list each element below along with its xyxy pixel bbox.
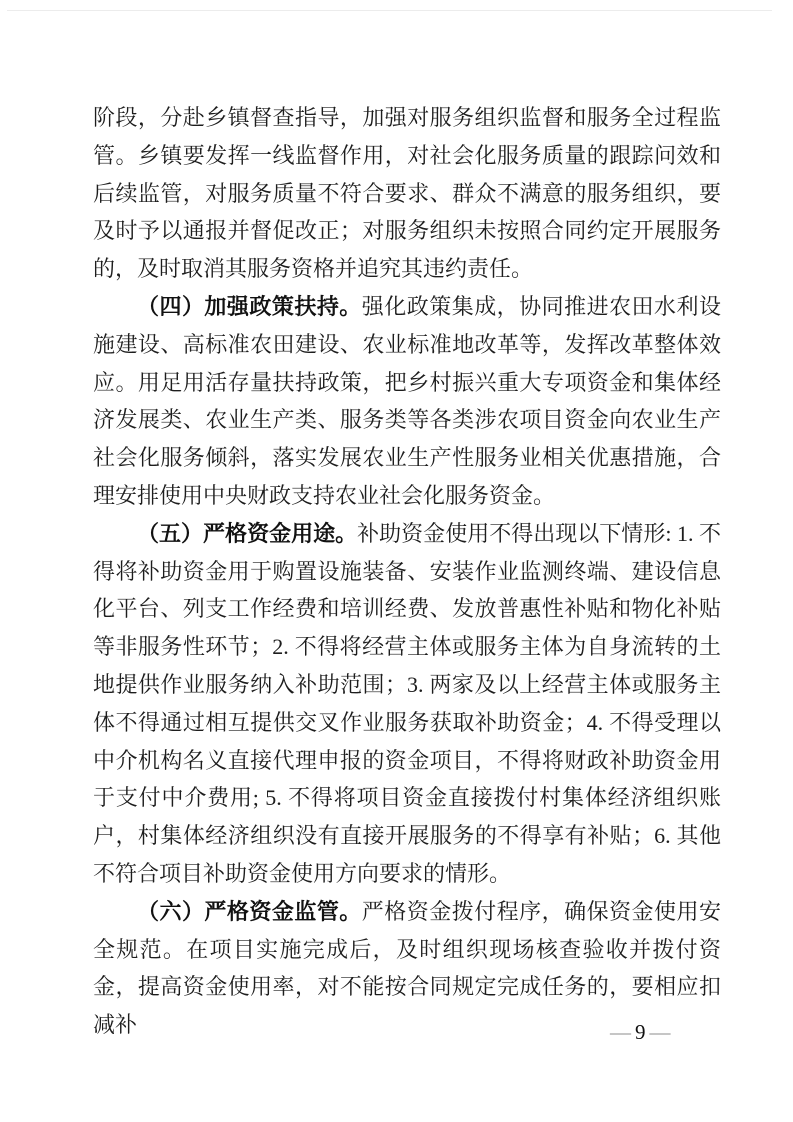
document-body: 阶段，分赴乡镇督查指导，加强对服务组织监督和服务全过程监管。乡镇要发挥一线监督作… [93,99,721,1044]
page-number-value: 9 [635,1020,646,1044]
page-number: —9— [606,1018,675,1046]
page-number-dash-left: — [606,1020,635,1044]
section-heading: （五）严格资金用途。 [137,521,357,546]
section-heading: （四）加强政策扶持。 [137,294,362,319]
body-paragraph: （五）严格资金用途。补助资金使用不得出现以下情形: 1. 不得将补助资金用于购置… [93,515,721,893]
paragraph-text: 强化政策集成，协同推进农田水利设施建设、高标准农田建设、农业标准地改革等，发挥改… [93,294,721,508]
scan-artifact-line [7,10,772,11]
document-page: 阶段，分赴乡镇督查指导，加强对服务组织监督和服务全过程监管。乡镇要发挥一线监督作… [0,0,793,1122]
paragraph-text: 补助资金使用不得出现以下情形: 1. 不得将补助资金用于购置设施装备、安装作业监… [93,521,721,886]
body-paragraph: （四）加强政策扶持。强化政策集成，协同推进农田水利设施建设、高标准农田建设、农业… [93,288,721,515]
page-number-dash-right: — [646,1020,675,1044]
section-heading: （六）严格资金监管。 [137,899,362,924]
body-paragraph: 阶段，分赴乡镇督查指导，加强对服务组织监督和服务全过程监管。乡镇要发挥一线监督作… [93,99,721,288]
paragraph-text: 阶段，分赴乡镇督查指导，加强对服务组织监督和服务全过程监管。乡镇要发挥一线监督作… [93,105,721,281]
